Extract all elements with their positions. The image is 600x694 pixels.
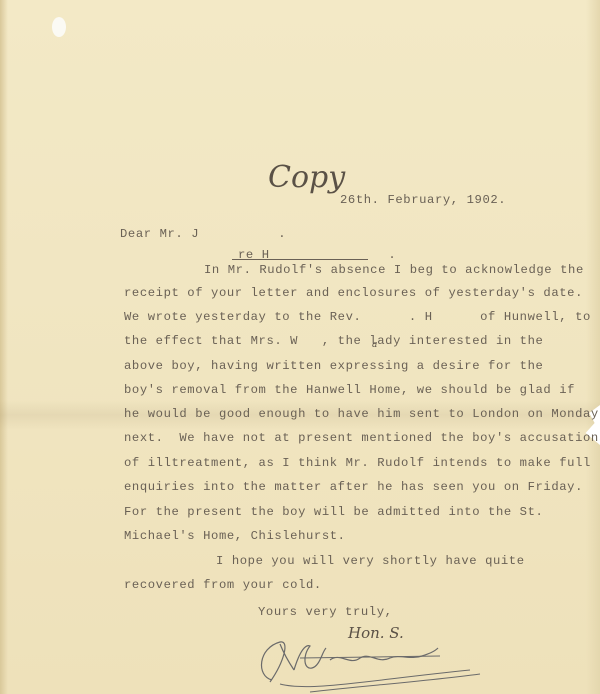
- body-line: receipt of your letter and enclosures of…: [124, 287, 583, 299]
- body-line: For the present the boy will be admitted…: [124, 506, 543, 518]
- signature-icon: [250, 630, 490, 694]
- subject-underline: [232, 259, 368, 260]
- body-line: In Mr. Rudolf's absence I beg to acknowl…: [204, 264, 584, 276]
- closing-line: I hope you will very shortly have quite: [216, 555, 525, 567]
- body-line: of illtreatment, as I think Mr. Rudolf i…: [124, 457, 591, 469]
- interlinear-correction: a: [372, 340, 377, 350]
- body-line: Michael's Home, Chislehurst.: [124, 530, 346, 542]
- body-line: We wrote yesterday to the Rev. . H of Hu…: [124, 311, 591, 323]
- paper-edge-left: [0, 0, 8, 694]
- letter-salutation: Dear Mr. J .: [120, 228, 286, 240]
- handwritten-copy-annotation: Copy: [268, 160, 345, 195]
- body-line: boy's removal from the Hanwell Home, we …: [124, 384, 575, 396]
- body-line: he would be good enough to have him sent…: [124, 408, 599, 420]
- body-line: enquiries into the matter after he has s…: [124, 481, 583, 493]
- body-line: next. We have not at present mentioned t…: [124, 432, 600, 444]
- valediction: Yours very truly,: [258, 606, 393, 618]
- closing-line: recovered from your cold.: [124, 579, 322, 591]
- body-line: the effect that Mrs. W , the lady intere…: [124, 335, 543, 347]
- letter-date: 26th. February, 1902.: [340, 194, 506, 206]
- paper-edge-right: [586, 0, 600, 694]
- body-line: above boy, having written expressing a d…: [124, 360, 543, 372]
- letter-paper: Copy 26th. February, 1902. Dear Mr. J . …: [0, 0, 600, 694]
- punch-hole: [52, 17, 66, 37]
